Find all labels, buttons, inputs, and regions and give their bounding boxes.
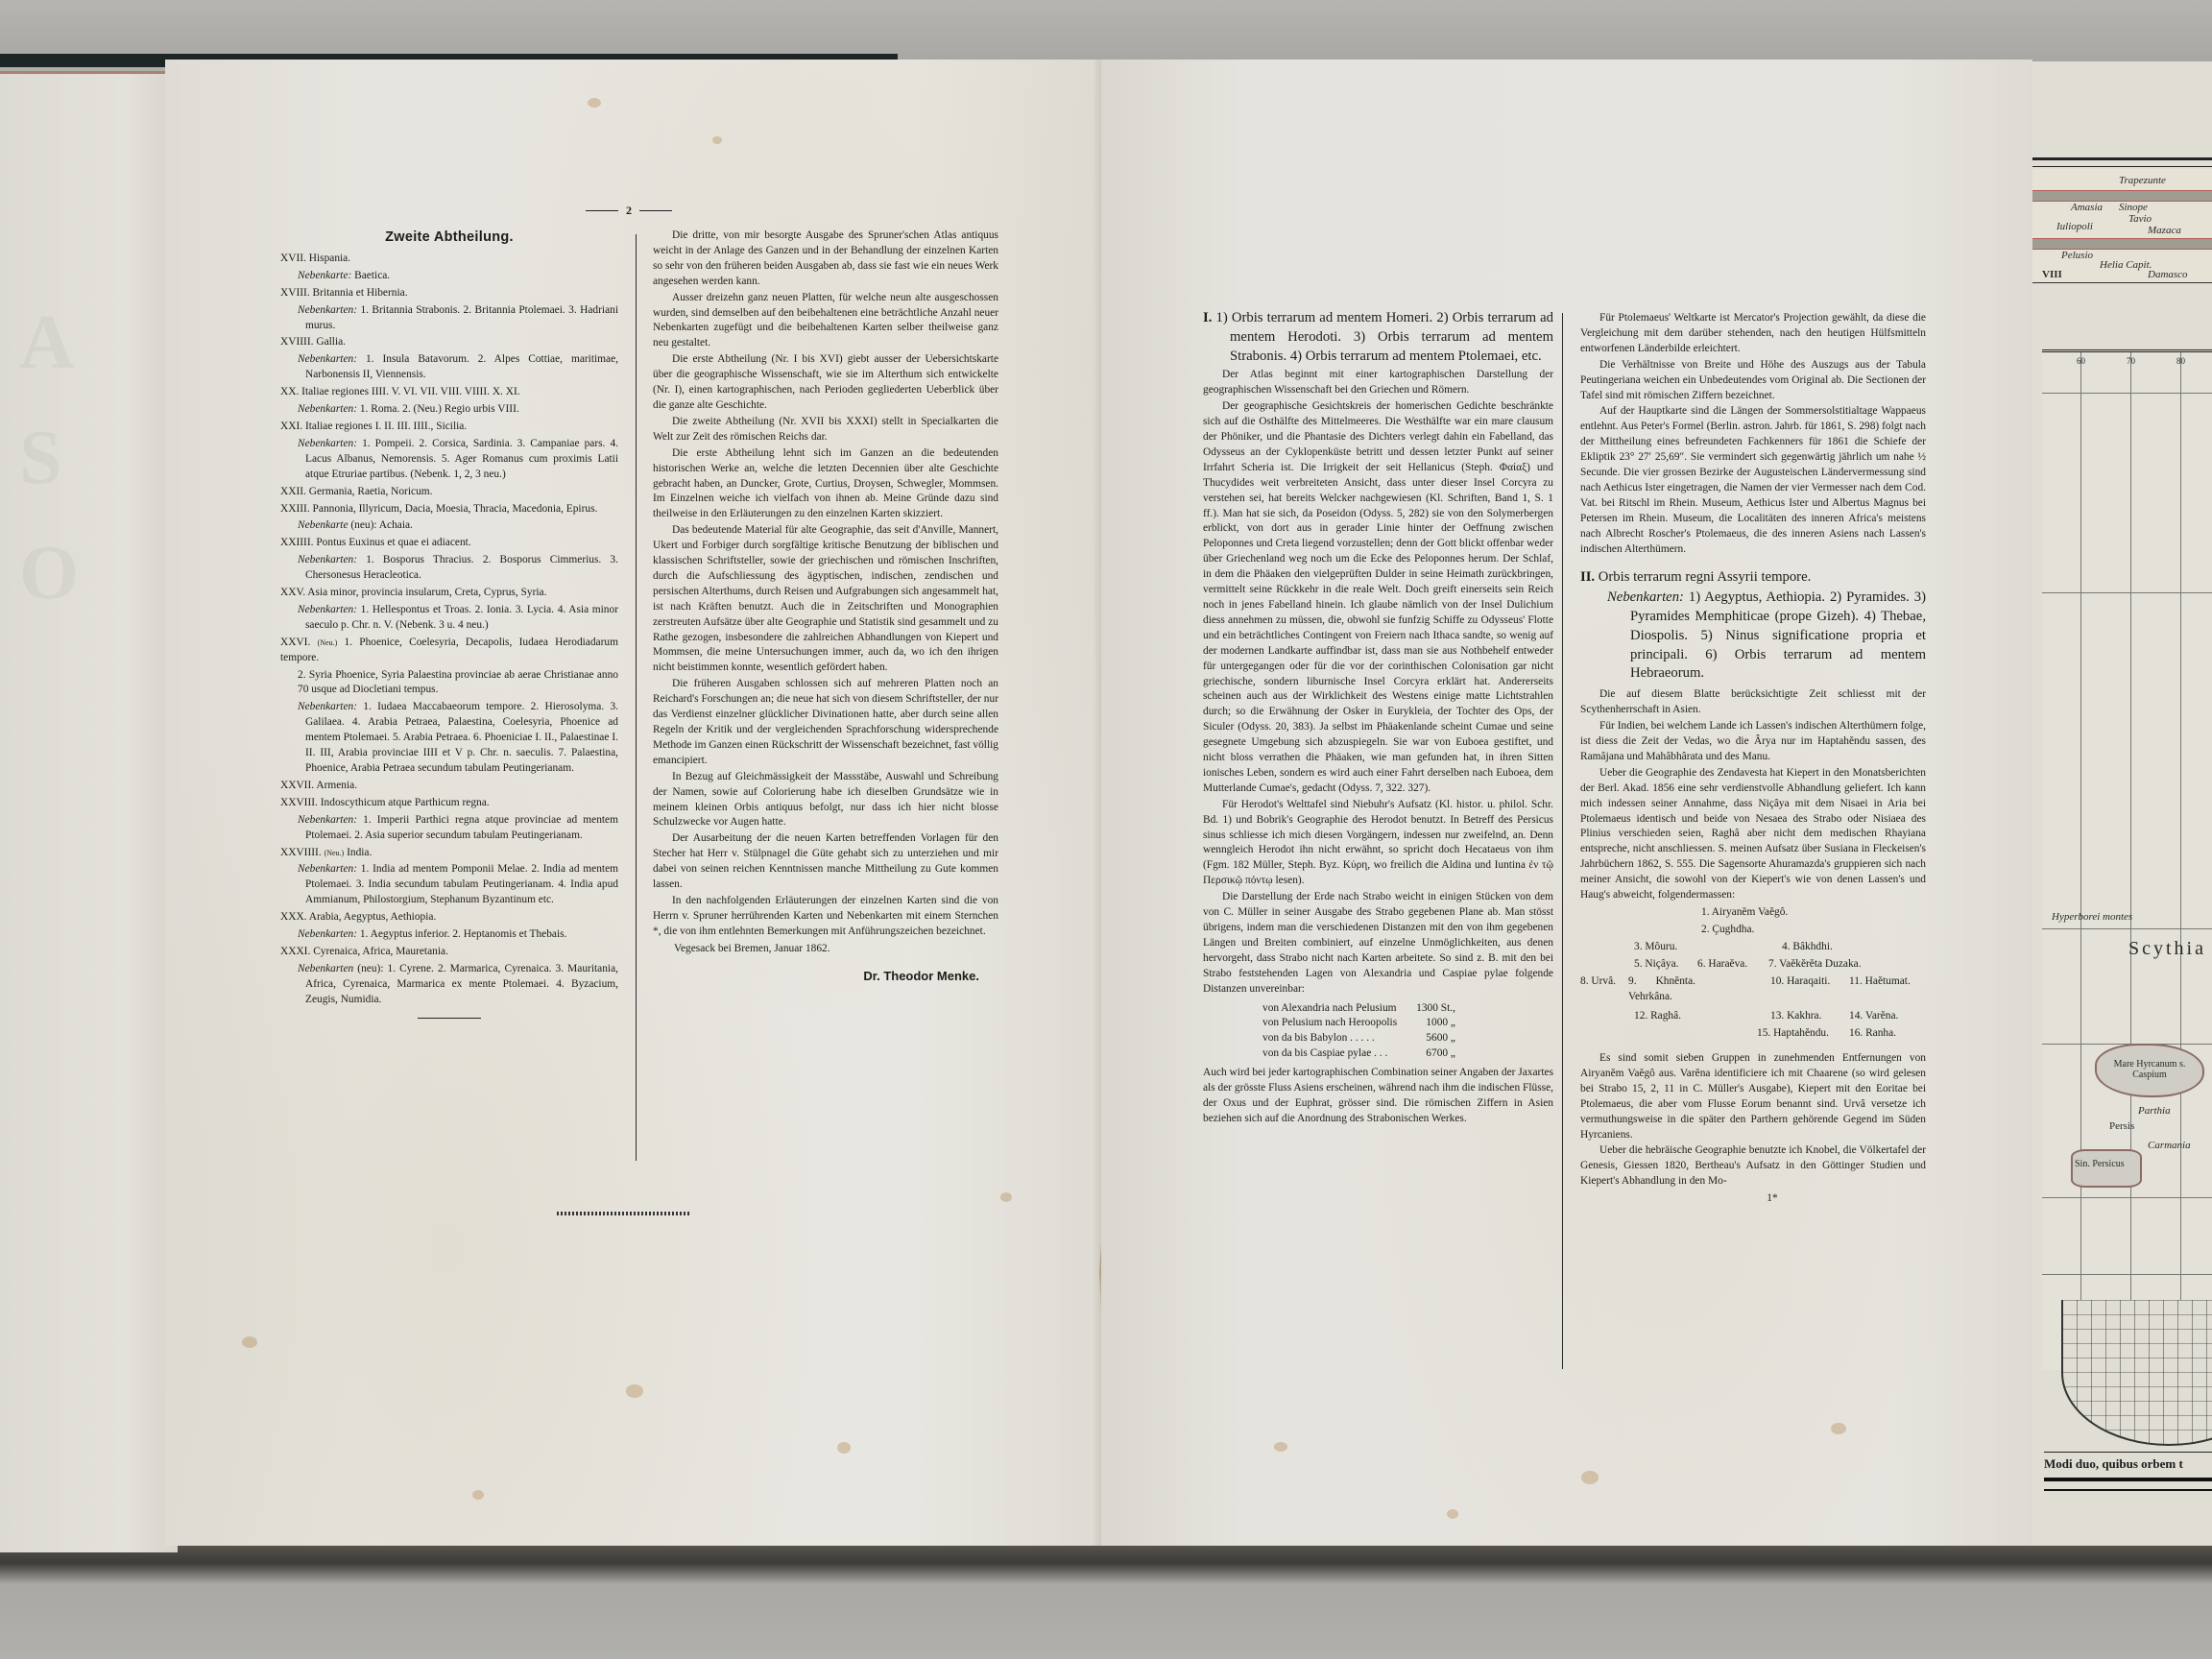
folded-map-sheet: Trapezunte Amasia Sinope Tavio Iuliopoli… [2032,61,2212,1546]
list-item: 7. Vaĕkĕrĕta Duzaka. [1768,957,1862,973]
commentary-column-left: I. 1) Orbis terrarum ad mentem Homeri. 2… [1203,309,1553,1128]
underlying-title-page: ASO [0,71,178,1552]
map-label: Trapezunte [2119,175,2166,186]
signature-mark: 1* [1580,1191,1926,1207]
list-item: 8. Urvâ. [1580,974,1616,990]
column-rule [1562,313,1563,1369]
grid-label: 70 [2127,356,2135,366]
map-entry: XXI. Italiae regiones I. II. III. IIII.,… [280,420,618,483]
map-label: Hyperborei montes [2052,911,2132,923]
preface-paragraph: In den nachfolgenden Erläuterungen der e… [653,894,998,940]
map-entry: XXVIIII. (Neu.) India. Nebenkarten: 1. I… [280,846,618,909]
table-row: von Pelusium nach Heroopolis1000 „ [1259,1016,1459,1031]
commentary-paragraph: Für Indien, bei welchem Lande ich Lassen… [1580,719,1926,765]
commentary-paragraph: Es sind somit sieben Gruppen in zunehmen… [1580,1051,1926,1142]
map-land-band [2032,238,2212,250]
map-label: Helia Capit. [2100,259,2152,271]
map-entry: XXV. Asia minor, provincia insularum, Cr… [280,586,618,634]
map-entry: XXXI. Cyrenaica, Africa, Mauretania. Neb… [280,945,618,1008]
map-entry: XXII. Germania, Raetia, Noricum. [280,485,618,500]
list-item: 9. Khnĕnta. Vehrkâna. [1628,974,1695,1005]
decorative-rule [557,1212,691,1215]
foxing-spot [712,136,722,144]
foxing-spot [242,1336,257,1348]
table-row: von da bis Babylon . . . . .5600 „ [1259,1031,1459,1046]
map-frame-rule [2044,1478,2212,1491]
map-label: Pelusio [2061,250,2093,261]
map-label: Parthia [2138,1105,2171,1117]
map-label: Mazaca [2148,225,2181,236]
foxing-spot [1000,1192,1012,1202]
foxing-spot [837,1442,851,1454]
map-entry: XVIIII. Gallia. Nebenkarten: 1. Insula B… [280,335,618,383]
map-label: Mare Hyrcanum s. Caspium [2102,1059,2198,1080]
foxing-spot [588,98,601,108]
map-entry: XXIII. Pannonia, Illyricum, Dacia, Moesi… [280,502,618,535]
commentary-paragraph: Für Ptolemaeus' Weltkarte ist Mercator's… [1580,311,1926,357]
commentary-paragraph: Der Atlas beginnt mit einer kartographis… [1203,368,1553,398]
list-item: 6. Haraĕva. [1697,957,1747,973]
list-item: 15. Haptahĕndu. [1757,1026,1829,1042]
author-signature: Dr. Theodor Menke. [653,969,998,984]
preface-column: Die dritte, von mir besorgte Ausgabe des… [653,228,998,984]
tabula-peutingeriana-inset: Trapezunte Amasia Sinope Tavio Iuliopoli… [2032,169,2212,283]
commentary-paragraph: Auch wird bei jeder kartographischen Com… [1203,1066,1553,1127]
preface-paragraph: Die früheren Ausgaben schlossen sich auf… [653,677,998,768]
list-item: 4. Bâkhdhi. [1782,940,1833,955]
table-row: von da bis Caspiae pylae . . .6700 „ [1259,1046,1459,1062]
map-label: Damasco [2148,269,2188,280]
map-entry: XXX. Arabia, Aegyptus, Aethiopia. Nebenk… [280,910,618,943]
foxing-spot [1831,1423,1846,1434]
preface-paragraph: Der Ausarbeitung der die neuen Karten be… [653,831,998,893]
map-label: Sinope [2119,202,2148,213]
column-rule [636,234,637,1161]
zend-place-list: 1. Airyanĕm Vaĕgô. 2. Çughdha. 3. Môuru.… [1580,905,1926,1047]
map-entry: XX. Italiae regiones IIII. V. VI. VII. V… [280,385,618,418]
list-item: 5. Niçâya. [1634,957,1679,973]
distance-table: von Alexandria nach Pelusium1300 St., vo… [1259,1001,1459,1063]
commentary-paragraph: Die Verhältnisse von Breite und Höhe des… [1580,358,1926,404]
preface-paragraph: Die erste Abtheilung lehnt sich im Ganze… [653,446,998,523]
map-label: Iuliopoli [2056,221,2093,232]
table-row: von Alexandria nach Pelusium1300 St., [1259,1001,1459,1017]
preface-paragraph: Das bedeutende Material für alte Geograp… [653,523,998,676]
map-frame-rule [2032,157,2212,167]
preface-paragraph: Ausser dreizehn ganz neuen Platten, für … [653,291,998,352]
commentary-column-right: Für Ptolemaeus' Weltkarte ist Mercator's… [1580,311,1926,1207]
world-projection-diagram [2061,1300,2212,1446]
foxing-spot [472,1490,484,1500]
map-entry-I: I. 1) Orbis terrarum ad mentem Homeri. 2… [1203,309,1553,366]
map-entry-II: II. Orbis terrarum regni Assyrii tempore… [1580,568,1926,588]
foxing-spot [1447,1509,1458,1519]
commentary-paragraph: Die auf diesem Blatte berücksichtigte Ze… [1580,687,1926,718]
commentary-paragraph: Auf der Hauptkarte sind die Längen der S… [1580,404,1926,557]
list-item: 16. Ranha. [1849,1026,1896,1042]
grid-label: 60 [2077,356,2085,366]
map-list-column: Zweite Abtheilung. XVII. Hispania. Neben… [280,230,618,1019]
show-through-text: ASO [19,285,173,631]
map-label: Sin. Persicus [2075,1159,2125,1169]
preface-paragraph: Die zweite Abtheilung (Nr. XVII bis XXXI… [653,415,998,445]
list-item: 10. Haraqaiti. [1770,974,1830,990]
foxing-spot [626,1384,643,1398]
map-label: Carmania [2148,1140,2191,1151]
map-entry: XVIII. Britannia et Hibernia. Nebenkarte… [280,286,618,334]
map-label: Tavio [2128,213,2152,225]
section-end-rule [418,1018,481,1019]
preface-paragraph: Die erste Abtheilung (Nr. I bis XVI) gie… [653,352,998,414]
map-label: Scythia i [2128,938,2212,960]
list-item: 1. Airyanĕm Vaĕgô. [1701,905,1788,921]
foxing-spot [1581,1471,1599,1484]
place-date: Vegesack bei Bremen, Januar 1862. [653,942,998,957]
commentary-paragraph: Der geographische Gesichtskreis der home… [1203,399,1553,797]
grid-label: 80 [2176,356,2185,366]
orbis-terrarum-map: 60 70 80 Hyperborei montes Scythia i Mar… [2042,349,2212,1370]
preface-paragraph: Die dritte, von mir besorgte Ausgabe des… [653,228,998,290]
table-surface-top [0,0,2212,61]
preface-paragraph: In Bezug auf Gleichmässigkeit der Massst… [653,770,998,831]
map-label: Amasia [2071,202,2103,213]
list-item: 3. Môuru. [1634,940,1677,955]
table-surface-bottom [0,1546,2212,1659]
map-caption: Modi duo, quibus orbem t [2044,1452,2212,1472]
map-entry: XXVII. Armenia. [280,779,618,794]
map-entry-II-nebenkarten: Nebenkarten: 1) Aegyptus, Aethiopia. 2) … [1580,589,1926,684]
map-label: VIII [2042,269,2062,280]
list-item: 12. Raghâ. [1634,1009,1681,1024]
map-entry: XXVIII. Indoscythicum atque Parthicum re… [280,796,618,844]
commentary-paragraph: Die Darstellung der Erde nach Strabo wei… [1203,890,1553,997]
commentary-paragraph: Für Herodot's Welttafel sind Niebuhr's A… [1203,798,1553,889]
list-item: 2. Çughdha. [1701,923,1754,938]
map-entry: XXIIII. Pontus Euxinus et quae ei adiace… [280,536,618,584]
map-entry: XXVI. (Neu.) 1. Phoenice, Coelesyria, De… [280,636,618,777]
commentary-paragraph: Ueber die Geographie des Zendavesta hat … [1580,766,1926,903]
list-item: 11. Haĕtumat. [1849,974,1911,990]
section-heading: Zweite Abtheilung. [280,230,618,246]
foxing-spot [1274,1442,1287,1452]
commentary-paragraph: Ueber die hebräische Geographie benutzte… [1580,1143,1926,1190]
map-entry: XVII. Hispania. Nebenkarte: Baetica. [280,252,618,284]
page-number: 2 [586,204,672,218]
map-label: Persis [2109,1120,2134,1132]
map-land-band [2032,190,2212,202]
list-item: 14. Varĕna. [1849,1009,1898,1024]
list-item: 13. Kakhra. [1770,1009,1821,1024]
